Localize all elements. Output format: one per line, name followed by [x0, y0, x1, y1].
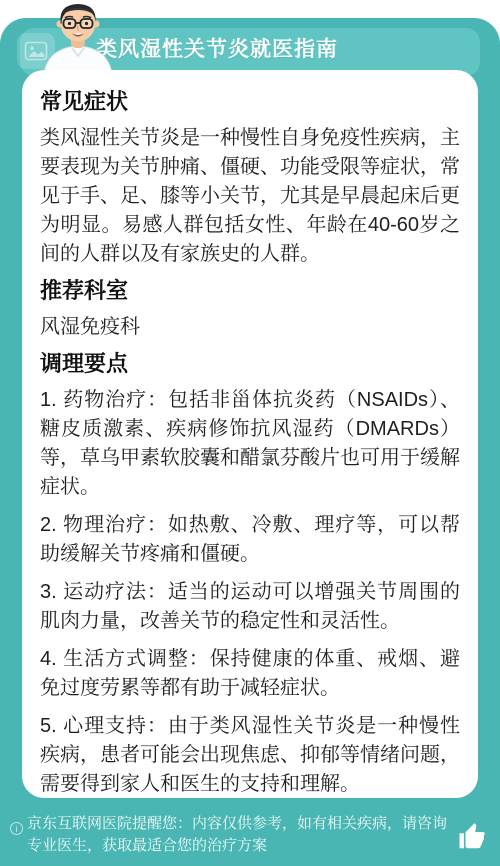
department-paragraph: 风湿免疫科 — [40, 313, 460, 342]
guide-card: 常见症状 类风湿性关节炎是一种慢性自身免疫性疾病，主要表现为关节肿痛、僵硬、功能… — [22, 70, 478, 798]
section-heading-symptoms: 常见症状 — [40, 89, 460, 115]
page-title: 类风湿性关节炎就医指南 — [96, 33, 338, 63]
care-point-1: 1. 药物治疗：包括非甾体抗炎药（NSAIDs）、糖皮质激素、疾病修饰抗风湿药（… — [40, 386, 460, 502]
section-heading-department: 推荐科室 — [40, 278, 460, 304]
disclaimer-text: 京东互联网医院提醒您：内容仅供参考，如有相关疾病，请咨询专业医生，获取最适合您的… — [27, 811, 452, 857]
thumbs-up-button[interactable] — [452, 815, 492, 859]
care-point-2: 2. 物理治疗：如热敷、冷敷、理疗等，可以帮助缓解关节疼痛和僵硬。 — [40, 511, 460, 569]
care-point-5: 5. 心理支持：由于类风湿性关节炎是一种慢性疾病，患者可能会出现焦虑、抑郁等情绪… — [40, 712, 460, 798]
footer-disclaimer-bar: i 京东互联网医院提醒您：内容仅供参考，如有相关疾病，请咨询专业医生，获取最适合… — [0, 802, 500, 866]
symptoms-paragraph: 类风湿性关节炎是一种慢性自身免疫性疾病，主要表现为关节肿痛、僵硬、功能受限等症状… — [40, 124, 460, 269]
page: { "header": { "title": "类风湿性关节炎就医指南" }, … — [0, 0, 500, 866]
info-icon: i — [10, 822, 23, 835]
section-heading-care-points: 调理要点 — [40, 351, 460, 377]
care-point-3: 3. 运动疗法：适当的运动可以增强关节周围的肌肉力量，改善关节的稳定性和灵活性。 — [40, 578, 460, 636]
care-point-4: 4. 生活方式调整：保持健康的体重、戒烟、避免过度劳累等都有助于减轻症状。 — [40, 645, 460, 703]
thumbs-up-icon — [457, 822, 487, 852]
doctor-avatar — [36, 2, 120, 74]
